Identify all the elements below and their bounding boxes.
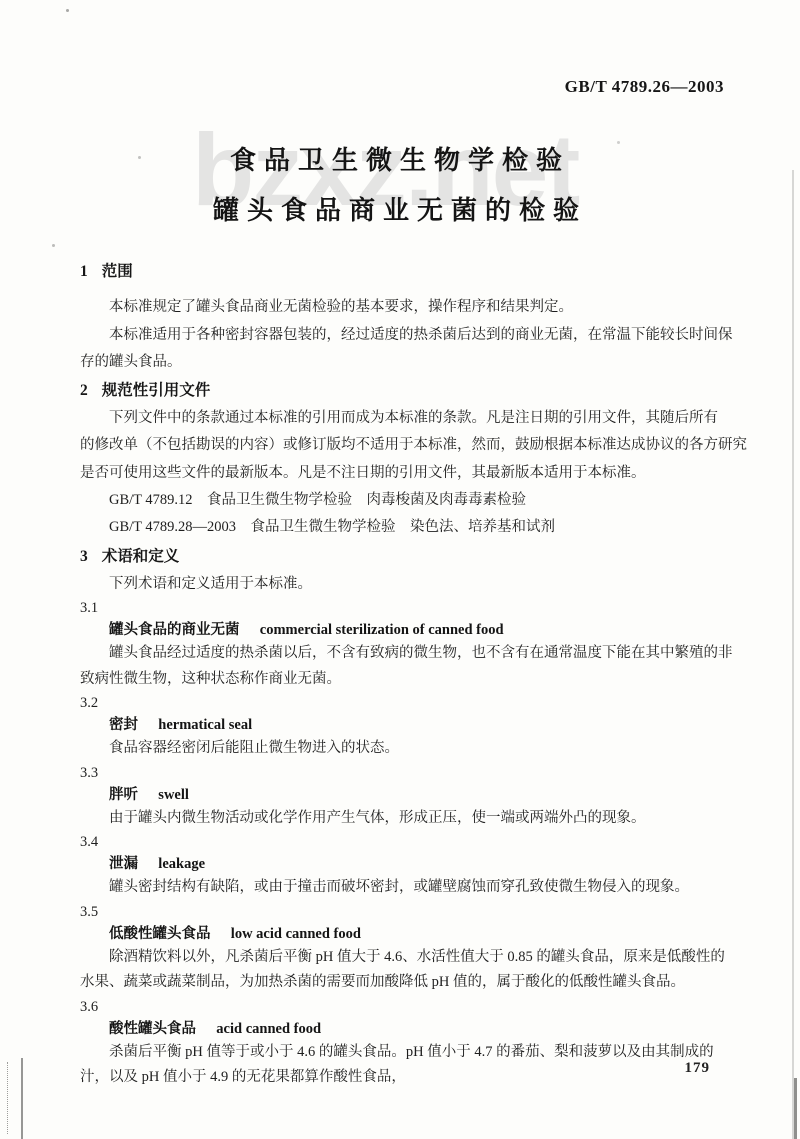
section-heading-terms: 3术语和定义 bbox=[80, 545, 752, 569]
term-en: acid canned food bbox=[216, 1021, 321, 1037]
term-zh: 酸性罐头食品 bbox=[109, 1021, 196, 1037]
term-number: 3.1 bbox=[80, 597, 752, 619]
term-number: 3.5 bbox=[80, 901, 752, 923]
term-en: hermatical seal bbox=[158, 717, 252, 733]
section-number: 1 bbox=[80, 263, 88, 280]
term-zh: 密封 bbox=[109, 717, 138, 733]
section-label: 范围 bbox=[102, 263, 133, 280]
document-page: GB/T 4789.26—2003 bzxz.net 食品卫生微生物学检验 罐头… bbox=[0, 0, 800, 1139]
term-heading: 密封hermatical seal bbox=[80, 714, 752, 736]
references-intro: 下列文件中的条款通过本标准的引用而成为本标准的条款。凡是注日期的引用文件，其随后… bbox=[80, 405, 752, 488]
term-item: 3.1 罐头食品的商业无菌commercial sterilization of… bbox=[80, 597, 752, 692]
term-item: 3.4 泄漏leakage 罐头密封结构有缺陷，或由于撞击而破坏密封，或罐壁腐蚀… bbox=[80, 831, 752, 901]
standard-number: GB/T 4789.26—2003 bbox=[565, 77, 724, 97]
term-number: 3.3 bbox=[80, 762, 752, 784]
term-definition: 食品容器经密闭后能阻止微生物进入的状态。 bbox=[80, 736, 752, 762]
terms-intro: 下列术语和定义适用于本标准。 bbox=[80, 571, 752, 597]
title-line-2: 罐头食品商业无菌的检验 bbox=[0, 186, 800, 236]
page-number: 179 bbox=[685, 1060, 711, 1077]
term-heading: 酸性罐头食品acid canned food bbox=[80, 1018, 752, 1040]
term-number: 3.4 bbox=[80, 831, 752, 853]
term-item: 3.5 低酸性罐头食品low acid canned food 除酒精饮料以外，… bbox=[80, 901, 752, 996]
term-number: 3.2 bbox=[80, 692, 752, 714]
scan-artifact-right-corner bbox=[794, 1078, 797, 1139]
scope-paragraph: 本标准规定了罐头食品商业无菌检验的基本要求，操作程序和结果判定。 bbox=[80, 294, 752, 322]
document-title: 食品卫生微生物学检验 罐头食品商业无菌的检验 bbox=[0, 136, 800, 236]
term-heading: 低酸性罐头食品low acid canned food bbox=[80, 923, 752, 945]
section-label: 规范性引用文件 bbox=[102, 382, 211, 399]
scope-paragraph: 本标准适用于各种密封容器包装的，经过适度的热杀菌后达到的商业无菌，在常温下能较长… bbox=[80, 322, 752, 377]
scan-artifact-left-line bbox=[21, 1058, 23, 1139]
section-number: 3 bbox=[80, 548, 88, 565]
term-zh: 低酸性罐头食品 bbox=[109, 926, 211, 942]
term-item: 3.3 胖听swell 由于罐头内微生物活动或化学作用产生气体，形成正压，使一端… bbox=[80, 762, 752, 832]
reference-item: GB/T 4789.28—2003 食品卫生微生物学检验 染色法、培养基和试剂 bbox=[80, 514, 752, 541]
term-definition: 除酒精饮料以外，凡杀菌后平衡 pH 值大于 4.6、水活性值大于 0.85 的罐… bbox=[80, 945, 752, 996]
term-en: leakage bbox=[158, 856, 205, 872]
term-definition: 由于罐头内微生物活动或化学作用产生气体，形成正压，使一端或两端外凸的现象。 bbox=[80, 806, 752, 832]
term-zh: 泄漏 bbox=[109, 856, 138, 872]
reference-item: GB/T 4789.12 食品卫生微生物学检验 肉毒梭菌及肉毒毒素检验 bbox=[80, 487, 752, 514]
term-zh: 罐头食品的商业无菌 bbox=[109, 622, 240, 638]
title-line-1: 食品卫生微生物学检验 bbox=[0, 136, 800, 186]
term-en: swell bbox=[158, 787, 189, 803]
section-number: 2 bbox=[80, 382, 88, 399]
term-heading: 胖听swell bbox=[80, 784, 752, 806]
section-heading-scope: 1范围 bbox=[80, 260, 752, 284]
term-number: 3.6 bbox=[80, 996, 752, 1018]
section-label: 术语和定义 bbox=[102, 548, 180, 565]
term-definition: 罐头食品经过适度的热杀菌以后，不含有致病的微生物，也不含有在通常温度下能在其中繁… bbox=[80, 641, 752, 692]
term-heading: 罐头食品的商业无菌commercial sterilization of can… bbox=[80, 619, 752, 641]
scan-artifact-right-edge bbox=[792, 170, 794, 1139]
scan-speck bbox=[52, 244, 55, 247]
term-heading: 泄漏leakage bbox=[80, 853, 752, 875]
term-zh: 胖听 bbox=[109, 787, 138, 803]
scan-speck bbox=[66, 9, 69, 12]
scan-artifact-left-dots bbox=[7, 1062, 8, 1134]
document-body: 1范围 本标准规定了罐头食品商业无菌检验的基本要求，操作程序和结果判定。 本标准… bbox=[80, 252, 752, 1091]
section-heading-references: 2规范性引用文件 bbox=[80, 379, 752, 403]
term-definition: 杀菌后平衡 pH 值等于或小于 4.6 的罐头食品。pH 值小于 4.7 的番茄… bbox=[80, 1040, 752, 1091]
term-definition: 罐头密封结构有缺陷，或由于撞击而破坏密封，或罐壁腐蚀而穿孔致使微生物侵入的现象。 bbox=[80, 875, 752, 901]
term-item: 3.6 酸性罐头食品acid canned food 杀菌后平衡 pH 值等于或… bbox=[80, 996, 752, 1091]
term-en: commercial sterilization of canned food bbox=[260, 622, 504, 638]
term-item: 3.2 密封hermatical seal 食品容器经密闭后能阻止微生物进入的状… bbox=[80, 692, 752, 762]
term-en: low acid canned food bbox=[231, 926, 361, 942]
